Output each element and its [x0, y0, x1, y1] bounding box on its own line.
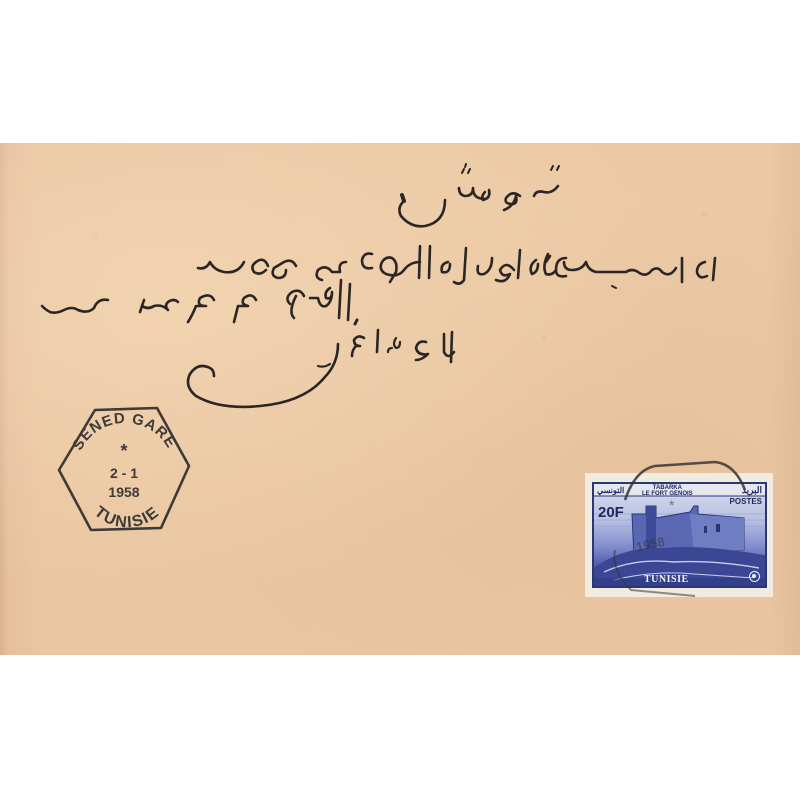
- stamp-place-line-2: LE FORT GENOIS: [642, 491, 693, 497]
- stamp-service: POSTES: [730, 497, 762, 506]
- postmark-year: 1958: [108, 484, 139, 500]
- postmark-hexagon: SENED GARE TUNISIE * 2 - 1 1958: [55, 404, 193, 534]
- stamp-value: 20F: [598, 504, 624, 521]
- stamp-arabic-right: البريد: [742, 485, 762, 496]
- stamp: التونسي البريد TABARKA LE FORT GENOIS PO…: [592, 482, 767, 588]
- stamp-arabic-left: التونسي: [597, 486, 624, 495]
- postmark: SENED GARE TUNISIE * 2 - 1 1958: [55, 404, 193, 534]
- stamp-country: TUNISIE: [644, 574, 689, 585]
- postmark-star: *: [120, 441, 127, 461]
- crescent-emblem-icon: [749, 571, 760, 582]
- stamp-place: TABARKA LE FORT GENOIS: [642, 485, 693, 497]
- postmark-date: 2 - 1: [110, 465, 138, 481]
